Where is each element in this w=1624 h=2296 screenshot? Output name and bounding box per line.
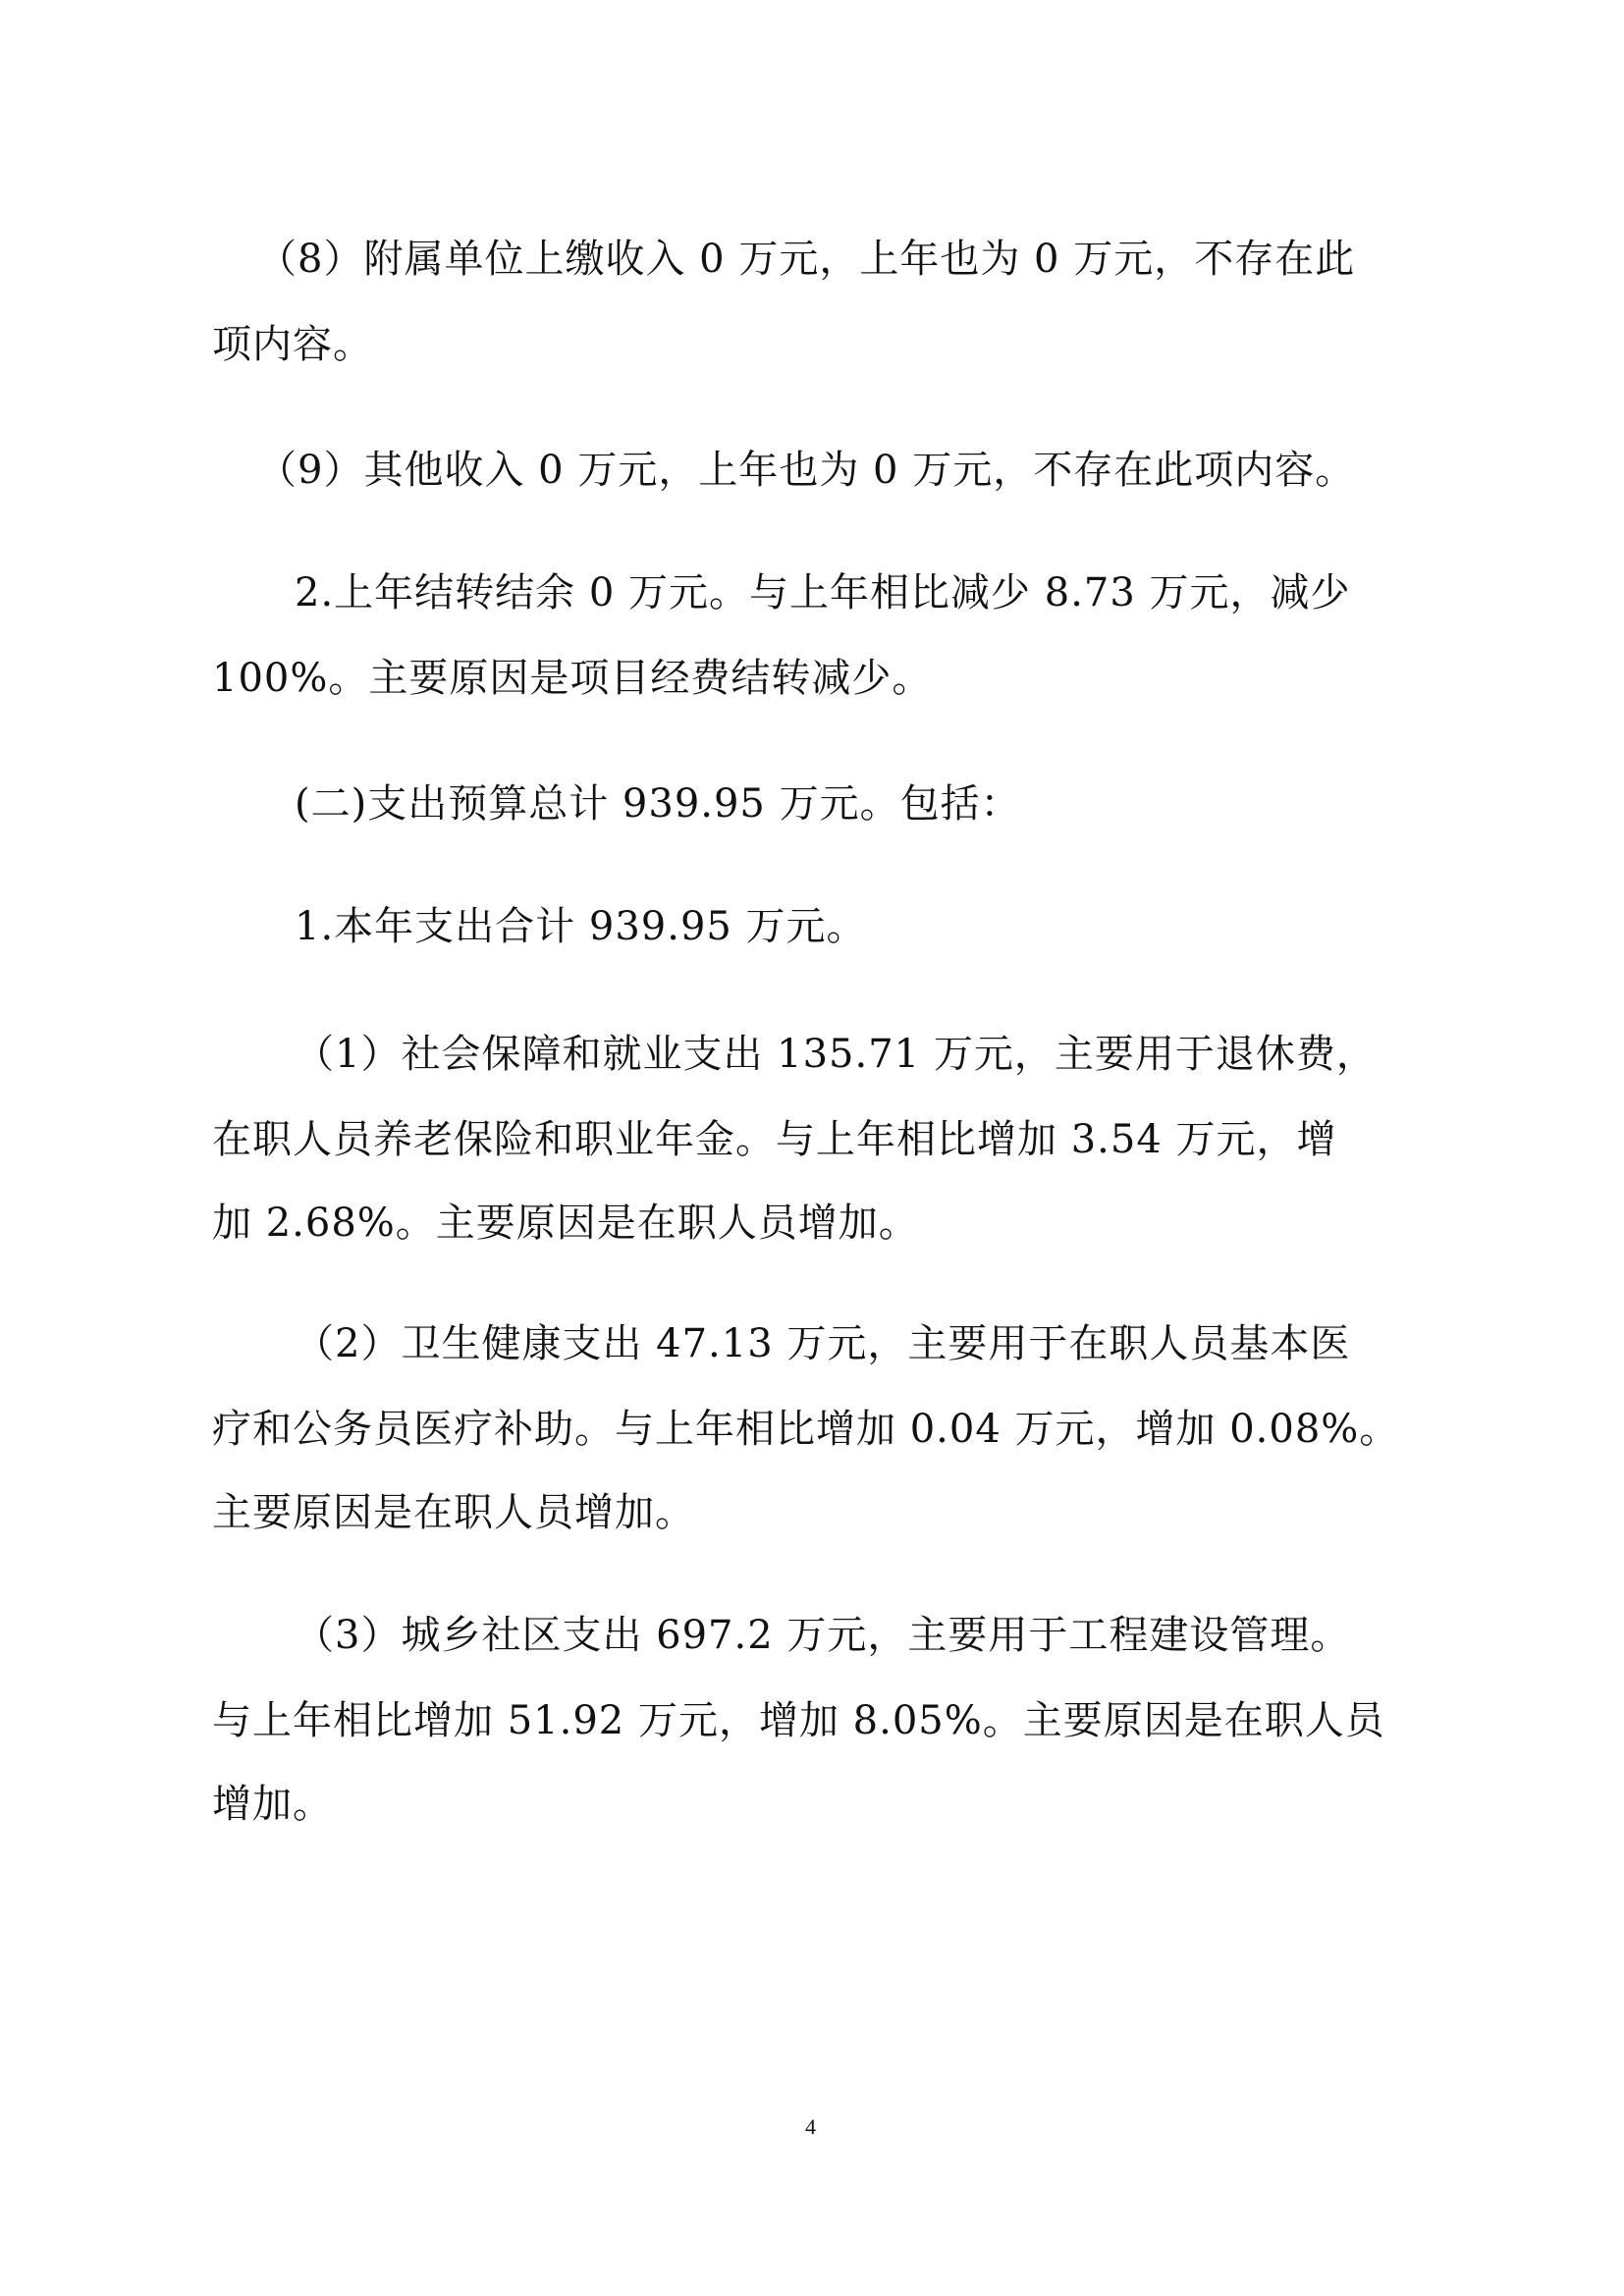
paragraph-income-item-8-line-2: 项内容。 (212, 321, 373, 368)
paragraph-income-item-9-line-1: （9）其他收入 0 万元，上年也为 0 万元，不存在此项内容。 (257, 447, 1355, 494)
paragraph-expenditure-item-3-line-2: 与上年相比增加 51.92 万元，增加 8.05%。主要原因是在职人员 (212, 1697, 1385, 1744)
paragraph-carryover-line-1: 2.上年结转结余 0 万元。与上年相比减少 8.73 万元，减少 (295, 569, 1351, 616)
paragraph-carryover-line-2: 100%。主要原因是项目经费结转减少。 (212, 655, 932, 702)
page-number: 4 (805, 2114, 816, 2140)
paragraph-expenditure-total: (二)支出预算总计 939.95 万元。包括： (295, 780, 1021, 828)
document-page: （8）附属单位上缴收入 0 万元，上年也为 0 万元，不存在此 项内容。 （9）… (0, 0, 1624, 2296)
paragraph-expenditure-item-1-line-1: （1）社会保障和就业支出 135.71 万元，主要用于退休费， (295, 1031, 1377, 1078)
paragraph-expenditure-item-3-line-3: 增加。 (212, 1781, 333, 1828)
paragraph-current-year-expenditure: 1.本年支出合计 939.95 万元。 (295, 903, 867, 950)
paragraph-expenditure-item-2-line-1: （2）卫生健康支出 47.13 万元，主要用于在职人员基本医 (295, 1320, 1350, 1367)
paragraph-income-item-8-line-1: （8）附属单位上缴收入 0 万元，上年也为 0 万元，不存在此 (257, 236, 1416, 283)
paragraph-expenditure-item-2-line-2: 疗和公务员医疗补助。与上年相比增加 0.04 万元，增加 0.08%。 (212, 1406, 1399, 1453)
paragraph-expenditure-item-1-line-3: 加 2.68%。主要原因是在职人员增加。 (212, 1200, 919, 1247)
paragraph-expenditure-item-1-line-2: 在职人员养老保险和职业年金。与上年相比增加 3.54 万元，增 (212, 1116, 1337, 1163)
paragraph-expenditure-item-3-line-1: （3）城乡社区支出 697.2 万元，主要用于工程建设管理。 (295, 1612, 1350, 1659)
paragraph-expenditure-item-2-line-3: 主要原因是在职人员增加。 (212, 1489, 695, 1536)
